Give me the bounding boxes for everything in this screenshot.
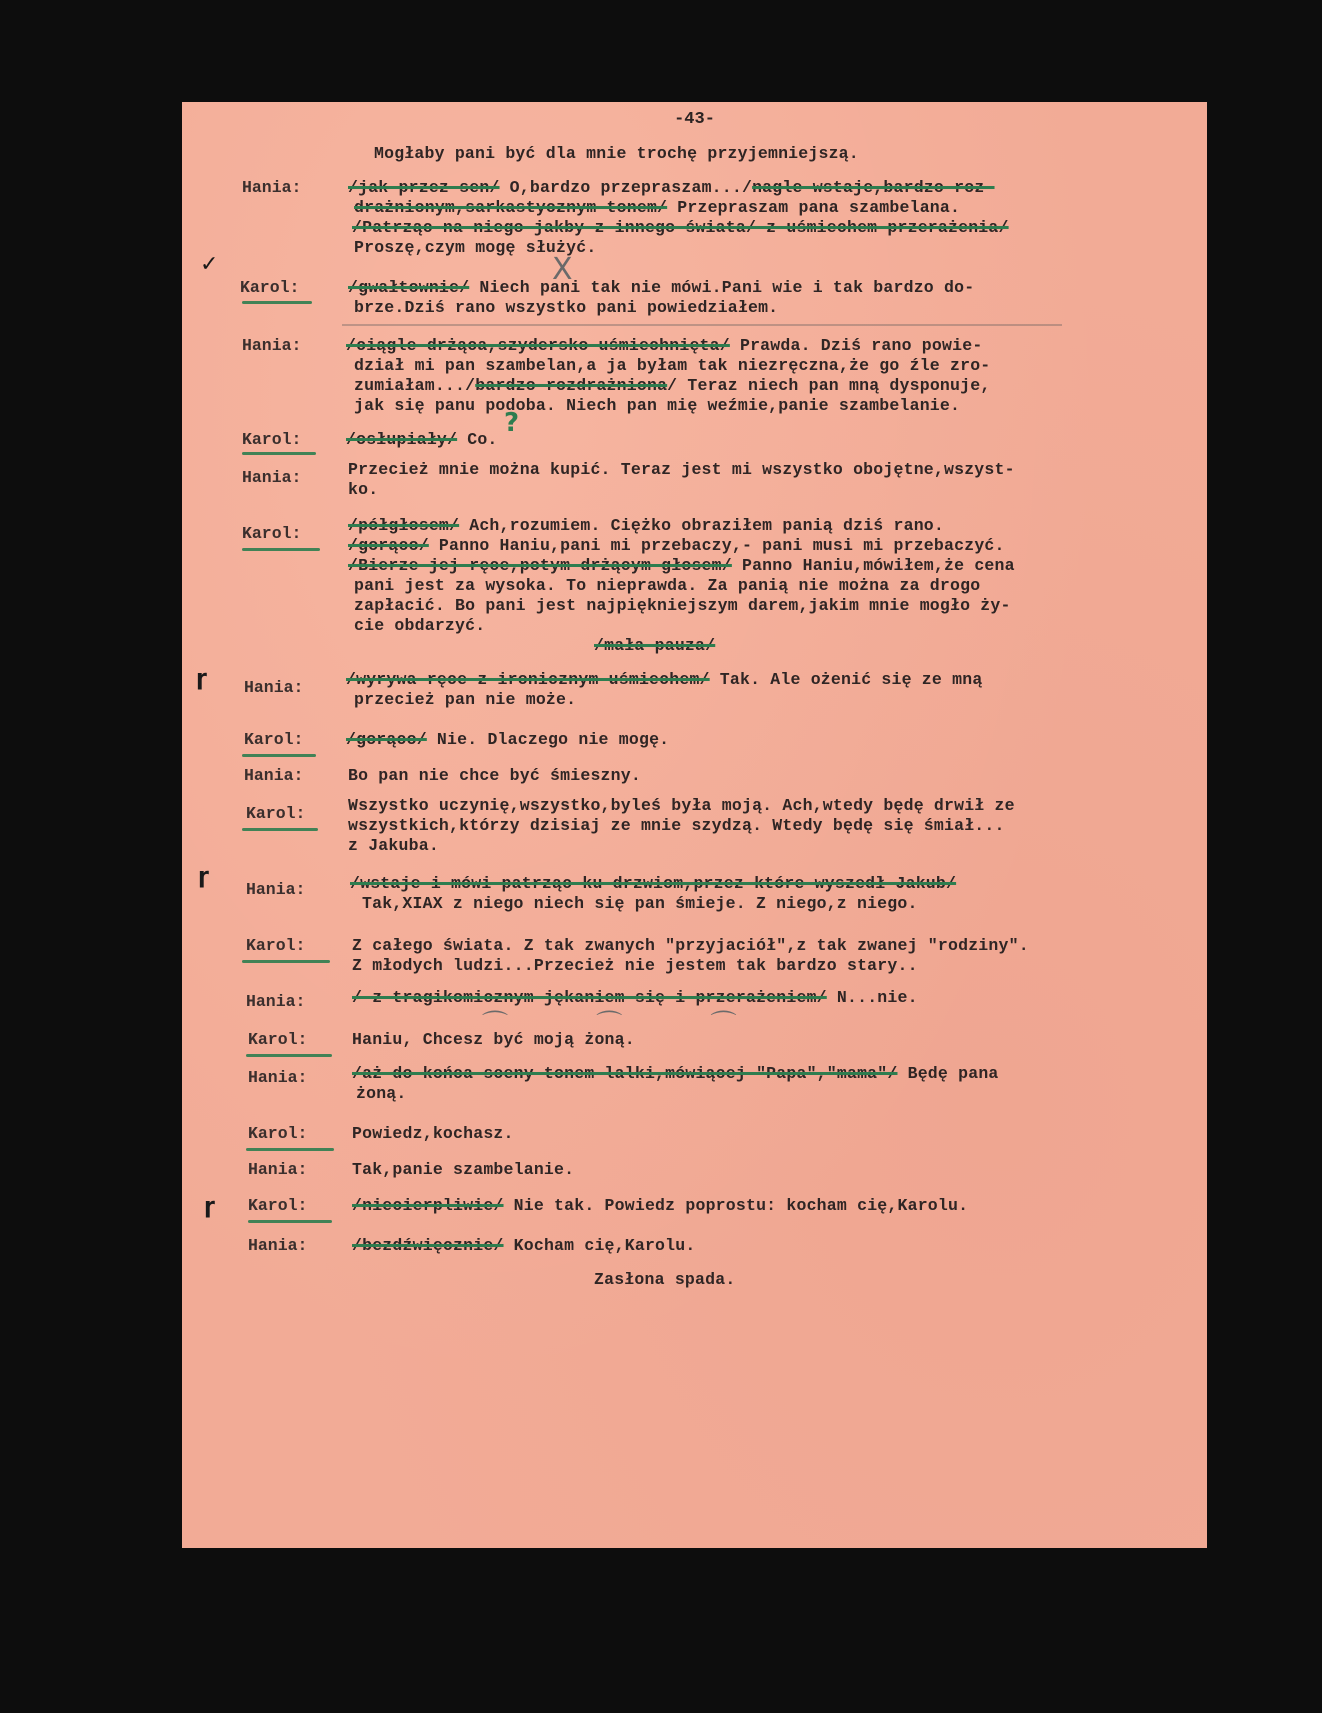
dialogue-line: jak się panu podoba. Niech pan mię weźmi…	[354, 396, 960, 415]
dialogue-line: ko.	[348, 480, 378, 499]
speaker-hania: Hania:	[248, 1160, 307, 1179]
dialogue-line: /gorąco/ Panno Haniu,pani mi przebaczy,-…	[348, 536, 1005, 555]
stage-direction: /mała pauza/	[594, 636, 715, 655]
speaker-karol: Karol:	[246, 804, 305, 823]
dialogue-line: /ciągle drżąca,szydersko uśmiechnięta/ P…	[346, 336, 982, 355]
speaker-hania: Hania:	[248, 1068, 307, 1087]
cross-mark-icon: X	[552, 252, 573, 287]
dialogue-line: Tak,XIAX z niego niech się pan śmieje. Z…	[362, 894, 918, 913]
dialogue-line: pani jest za wysoka. To nieprawda. Za pa…	[354, 576, 980, 595]
speaker-hania: Hania:	[244, 678, 303, 697]
speaker-hania: Hania:	[246, 880, 305, 899]
dialogue-line: /osłupiały/ Co.	[346, 430, 498, 449]
speaker-karol: Karol:	[248, 1124, 307, 1143]
dialogue-line: /gorąco/ Nie. Dlaczego nie mogę.	[346, 730, 669, 749]
dialogue-line: cie obdarzyć.	[354, 616, 485, 635]
dialogue-line: Tak,panie szambelanie.	[352, 1160, 574, 1179]
speaker-karol: Karol:	[246, 936, 305, 955]
speaker-karol: Karol:	[248, 1196, 307, 1215]
dialogue-line: /półgłosem/ Ach,rozumiem. Ciężko obraził…	[348, 516, 944, 535]
dialogue-line: /Patrząc na niego jakby z innego świata/…	[352, 218, 1009, 237]
speaker-karol: Karol:	[242, 524, 301, 543]
speaker-underline	[242, 548, 320, 551]
pencil-divider	[342, 324, 1062, 326]
speaker-hania: Hania:	[242, 178, 301, 197]
speaker-underline	[242, 754, 316, 757]
dialogue-line: Z całego świata. Z tak zwanych "przyjaci…	[352, 936, 1029, 955]
speaker-hania: Hania:	[248, 1236, 307, 1255]
dialogue-line: /niecierpliwie/ Nie tak. Powiedz poprost…	[352, 1196, 968, 1215]
dialogue-line: drażnionym,sarkastycznym tonem/ Przepras…	[354, 198, 960, 217]
closing-line: Zasłona spada.	[594, 1270, 735, 1289]
speaker-karol: Karol:	[242, 430, 301, 449]
dialogue-line: żoną.	[356, 1084, 407, 1103]
dialogue-line: Przecież mnie można kupić. Teraz jest mi…	[348, 460, 1015, 479]
dialogue-line: Bo pan nie chce być śmieszny.	[348, 766, 641, 785]
dialogue-line: /wstaje i mówi patrząc ku drzwiom,przez …	[350, 874, 956, 893]
dialogue-line: dział mi pan szambelan,a ja byłam tak ni…	[354, 356, 990, 375]
dialogue-line: brze.Dziś rano wszystko pani powiedziałe…	[354, 298, 778, 317]
speaker-underline	[246, 1148, 334, 1151]
dialogue-line: /gwałtownie/ Niech pani tak nie mówi.Pan…	[348, 278, 974, 297]
speaker-karol: Karol:	[248, 1030, 307, 1049]
speaker-underline	[242, 301, 312, 304]
dialogue-line: wszystkich,którzy dzisiaj ze mnie szydzą…	[348, 816, 1005, 835]
speaker-hania: Hania:	[244, 766, 303, 785]
heading-line: Mogłaby pani być dla mnie trochę przyjem…	[374, 144, 859, 163]
dialogue-line: przecież pan nie może.	[354, 690, 576, 709]
speaker-karol: Karol:	[240, 278, 299, 297]
speaker-underline	[242, 960, 330, 963]
speaker-underline	[242, 828, 318, 831]
dialogue-line: Z młodych ludzi...Przecież nie jestem ta…	[352, 956, 918, 975]
question-mark-icon: ?	[504, 408, 519, 438]
dialogue-line: /jak przez sen/ O,bardzo przepraszam.../…	[348, 178, 995, 197]
margin-tick-icon: ɼ	[196, 666, 207, 691]
dialogue-line: /bezdźwięcznie/ Kocham cię,Karolu.	[352, 1236, 695, 1255]
dialogue-line: zapłacić. Bo pani jest najpiękniejszym d…	[354, 596, 1011, 615]
dialogue-line: Wszystko uczynię,wszystko,byleś była moj…	[348, 796, 1015, 815]
speaker-hania: Hania:	[242, 468, 301, 487]
speaker-underline	[248, 1220, 332, 1223]
dialogue-line: /Bierze jej ręce,potym drżącym głosem/ P…	[348, 556, 1015, 575]
dialogue-line: Haniu, Chcesz być moją żoną.	[352, 1030, 635, 1049]
margin-tick-icon: ɼ	[204, 1194, 215, 1219]
dialogue-line: z Jakuba.	[348, 836, 439, 855]
typescript-page: -43- Mogłaby pani być dla mnie trochę pr…	[182, 102, 1207, 1548]
margin-tick-icon: ɼ	[198, 864, 209, 889]
dialogue-line: zumiałam.../bardzo rozdrażniona/ Teraz n…	[354, 376, 990, 395]
speaker-hania: Hania:	[246, 992, 305, 1011]
dialogue-line: /aż do końca sceny tonem lalki,mówiącej …	[352, 1064, 999, 1083]
speaker-underline	[246, 1054, 332, 1057]
speaker-karol: Karol:	[244, 730, 303, 749]
dialogue-line: /wyrywa ręce z ironicznym uśmiechem/ Tak…	[346, 670, 982, 689]
speaker-underline	[242, 452, 316, 455]
dialogue-line: Powiedz,kochasz.	[352, 1124, 514, 1143]
speaker-hania: Hania:	[242, 336, 301, 355]
page-number: -43-	[182, 110, 1207, 129]
margin-tick-icon: ✓	[200, 252, 218, 277]
